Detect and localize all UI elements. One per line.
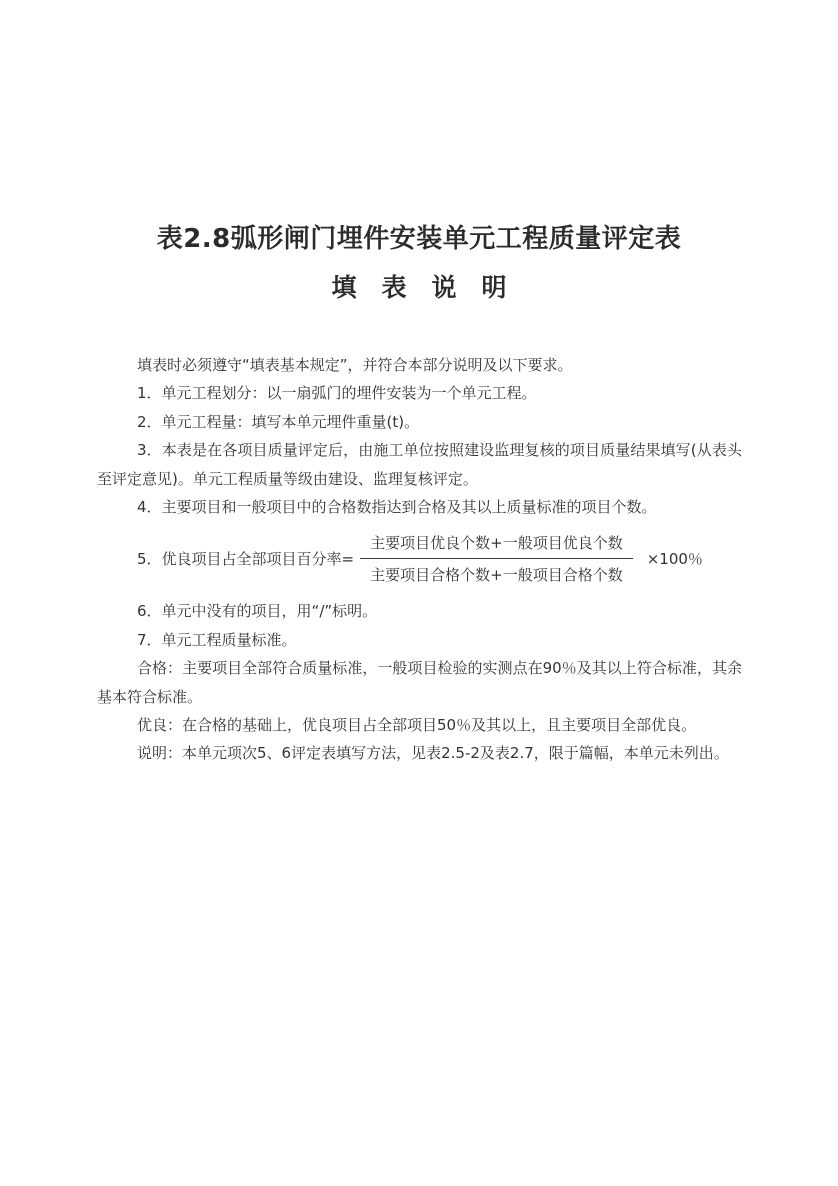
item-6-paragraph: 6．单元中没有的项目，用“/”标明。: [97, 597, 742, 625]
youliang-standard-paragraph: 优良：在合格的基础上，优良项目占全部项目50％及其以上，且主要项目全部优良。: [97, 711, 742, 739]
formula-denominator: 主要项目合格个数+一般项目合格个数: [360, 559, 633, 587]
formula-multiplier: ×100％: [647, 545, 703, 573]
item-4-paragraph: 4．主要项目和一般项目中的合格数指达到合格及其以上质量标准的项目个数。: [97, 493, 742, 521]
document-subtitle: 填 表 说 明: [0, 272, 838, 304]
document-title: 表2.8弧形闸门埋件安装单元工程质量评定表: [0, 222, 838, 256]
document-page: 表2.8弧形闸门埋件安装单元工程质量评定表 填 表 说 明 填表时必须遵守“填表…: [0, 0, 838, 1186]
shuoming-note-paragraph: 说明：本单元项次5、6评定表填写方法，见表2.5-2及表2.7，限于篇幅，本单元…: [97, 739, 742, 767]
formula-numerator: 主要项目优良个数+一般项目优良个数: [360, 531, 633, 559]
document-body: 填表时必须遵守“填表基本规定”，并符合本部分说明及以下要求。 1．单元工程划分：…: [97, 351, 742, 768]
formula-lead-text: 5．优良项目占全部项目百分率=: [137, 545, 354, 573]
hege-standard-paragraph: 合格：主要项目全部符合质量标准，一般项目检验的实测点在90％及其以上符合标准，其…: [97, 654, 742, 711]
formula-fraction: 主要项目优良个数+一般项目优良个数 主要项目合格个数+一般项目合格个数: [360, 531, 633, 587]
item-1-paragraph: 1．单元工程划分：以一扇弧门的埋件安装为一个单元工程。: [97, 379, 742, 407]
item-7-paragraph: 7．单元工程质量标准。: [97, 626, 742, 654]
item-2-paragraph: 2．单元工程量：填写本单元埋件重量(t)。: [97, 408, 742, 436]
item-5-formula: 5．优良项目占全部项目百分率= 主要项目优良个数+一般项目优良个数 主要项目合格…: [97, 521, 742, 597]
intro-paragraph: 填表时必须遵守“填表基本规定”，并符合本部分说明及以下要求。: [97, 351, 742, 379]
item-3-paragraph: 3．本表是在各项目质量评定后，由施工单位按照建设监理复核的项目质量结果填写(从表…: [97, 436, 742, 493]
